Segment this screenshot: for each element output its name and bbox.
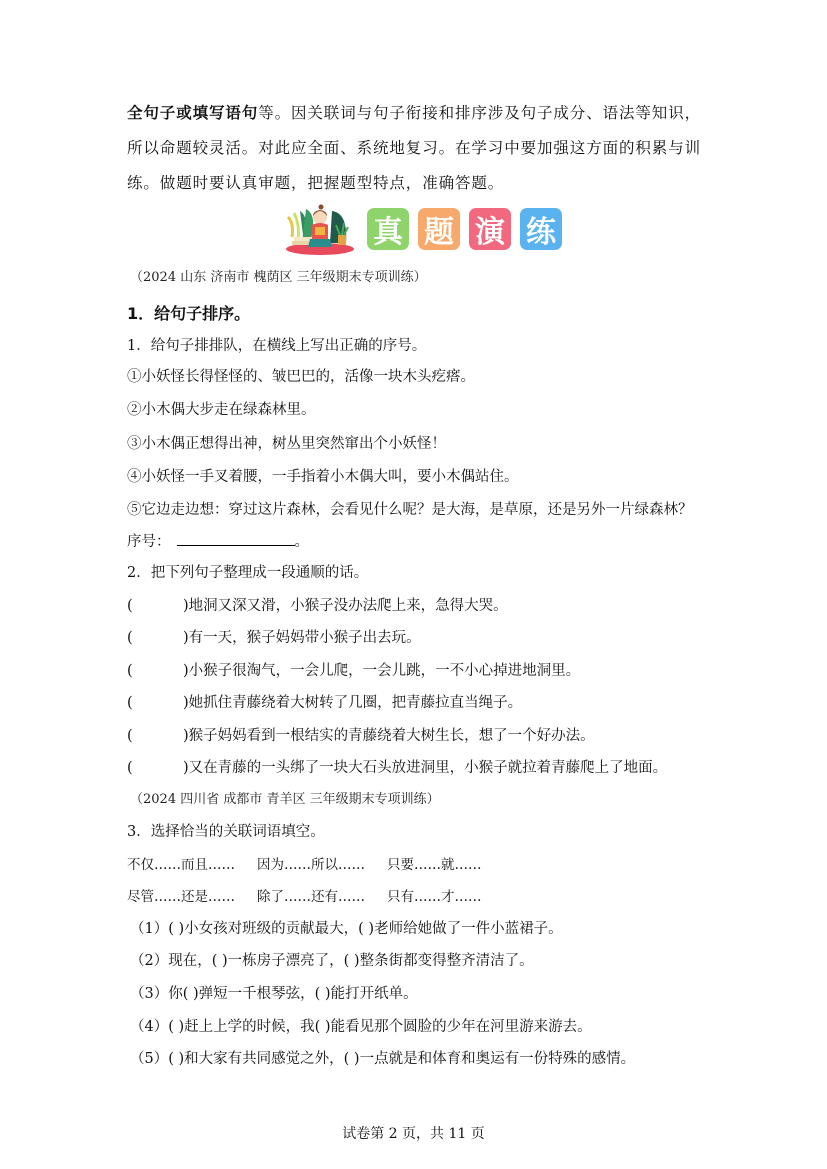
q2-item-2: ()有一天，猴子妈妈带小猴子出去玩。 [127, 628, 421, 648]
intro-line-1: 全句子或填写语句等。因关联词与句子衔接和排序涉及句子成分、语法等知识， [127, 103, 701, 123]
q1-item-5: ⑤它边走边想：穿过这片森林，会看见什么呢？是大海，是草原，还是另外一片绿森林？ [127, 500, 693, 520]
intro-bold-prefix: 全句子或填写语句 [127, 104, 258, 122]
q3-title: 3．选择恰当的关联词语填空。 [127, 822, 325, 842]
badge-lian: 练 [520, 208, 562, 250]
q2-item-6: ()又在青藤的一头绑了一块大石头放进洞里，小猴子就拉着青藤爬上了地面。 [127, 758, 667, 778]
q2-item-text: )地洞又深又滑，小猴子没办法爬上来，急得大哭。 [183, 596, 508, 616]
practice-banner: 真 题 演 练 [280, 203, 562, 255]
q3-item-3: （3）你( )弹短一千根琴弦，( )能打开纸单。 [130, 984, 418, 1004]
source-note-2: （2024 四川省 成都市 青羊区 三年级期末专项训练） [130, 790, 440, 810]
paren-blank[interactable]: ( [127, 693, 183, 713]
paren-blank[interactable]: ( [127, 661, 183, 681]
option-word-pair: 尽管……还是…… [127, 887, 235, 907]
q2-item-5: ()猴子妈妈看到一根结实的青藤绕着大树生长，想了一个好办法。 [127, 726, 595, 746]
q1-title: 1．给句子排排队，在横线上写出正确的序号。 [127, 336, 426, 356]
paren-blank[interactable]: ( [127, 758, 183, 778]
q2-item-1: ()地洞又深又滑，小猴子没办法爬上来，急得大哭。 [127, 596, 508, 616]
option-word-pair: 除了……还有…… [257, 887, 365, 907]
source-note-1: （2024 山东 济南市 槐荫区 三年级期末专项训练） [130, 268, 427, 288]
q2-item-text: )小猴子很淘气，一会儿爬，一会儿跳，一不小心掉进地洞里。 [183, 661, 580, 681]
q2-title: 2．把下列句子整理成一段通顺的话。 [127, 563, 368, 583]
q3-options-row-1: 不仅……而且……因为……所以……只要……就…… [127, 855, 482, 875]
intro-line-2: 所以命题较灵活。对此应全面、系统地复习。在学习中要加强这方面的积累与训 [127, 138, 701, 158]
q1-item-4: ④小妖怪一手叉着腰，一手指着小木偶大叫，要小木偶站住。 [127, 467, 519, 487]
q2-item-text: )有一天，猴子妈妈带小猴子出去玩。 [183, 628, 421, 648]
q1-item-2: ②小木偶大步走在绿森林里。 [127, 400, 316, 420]
q2-item-3: ()小猴子很淘气，一会儿爬，一会儿跳，一不小心掉进地洞里。 [127, 661, 580, 681]
q1-answer-row: 序号：。 [127, 531, 309, 552]
badge-yan: 演 [469, 208, 511, 250]
q2-item-text: )她抓住青藤绕着大树转了几圈，把青藤拉直当绳子。 [183, 693, 522, 713]
q3-item-2: （2）现在，( )一栋房子漂亮了，( )整条街都变得整齐清洁了。 [130, 951, 534, 971]
document-page: 全句子或填写语句等。因关联词与句子衔接和排序涉及句子成分、语法等知识， 所以命题… [0, 0, 827, 1169]
question-heading-1: 1．给句子排序。 [127, 304, 250, 324]
q1-item-1: ①小妖怪长得怪怪的、皱巴巴的，活像一块木头疙瘩。 [127, 367, 475, 387]
paren-blank[interactable]: ( [127, 596, 183, 616]
q3-item-1: （1）( )小女孩对班级的贡献最大，( )老师给她做了一件小蓝裙子。 [130, 919, 563, 939]
q3-item-4: （4）( )赶上上学的时候，我( )能看见那个圆脸的少年在河里游来游去。 [130, 1017, 592, 1037]
paren-blank[interactable]: ( [127, 628, 183, 648]
page-footer: 试卷第 2 页，共 11 页 [0, 1123, 827, 1143]
q2-item-text: )又在青藤的一头绑了一块大石头放进洞里，小猴子就拉着青藤爬上了地面。 [183, 758, 667, 778]
answer-blank[interactable] [177, 531, 295, 546]
q3-options-row-2: 尽管……还是……除了……还有……只有……才…… [127, 887, 482, 907]
q3-item-5: （5）( )和大家有共同感觉之外，( )一点就是和体育和奥运有一份特殊的感情。 [130, 1049, 635, 1069]
intro-line-3: 练。做题时要认真审题，把握题型特点，准确答题。 [127, 173, 504, 193]
q1-item-3: ③小木偶正想得出神，树丛里突然窜出个小妖怪！ [127, 434, 446, 454]
option-word-pair: 不仅……而且…… [127, 855, 235, 875]
q2-item-4: ()她抓住青藤绕着大树转了几圈，把青藤拉直当绳子。 [127, 693, 522, 713]
option-word-pair: 只要……就…… [387, 855, 482, 875]
intro-line-1-rest: 等。因关联词与句子衔接和排序涉及句子成分、语法等知识， [258, 104, 701, 122]
paren-blank[interactable]: ( [127, 726, 183, 746]
badge-zhen: 真 [367, 208, 409, 250]
option-word-pair: 只有……才…… [387, 887, 482, 907]
answer-end: 。 [295, 534, 310, 550]
q2-item-text: )猴子妈妈看到一根结实的青藤绕着大树生长，想了一个好办法。 [183, 726, 595, 746]
option-word-pair: 因为……所以…… [257, 855, 365, 875]
badge-ti: 题 [418, 208, 460, 250]
answer-label: 序号： [127, 534, 171, 550]
girl-reading-illustration-icon [280, 203, 358, 255]
